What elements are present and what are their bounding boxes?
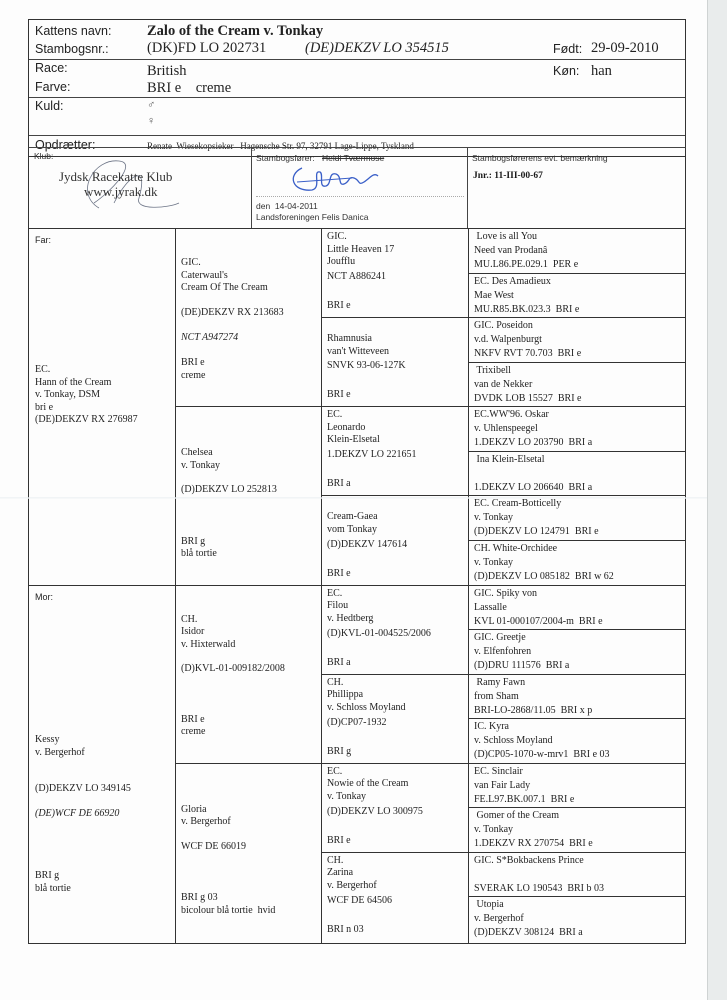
great-grandparent-cell: EC. Leonardo Klein-Elsetal1.DEKZV LO 221…	[321, 407, 468, 496]
great-grandparent-reg: 1.DEKZV LO 221651	[327, 449, 464, 462]
club-stamp-url: www.jyrak.dk	[84, 184, 158, 200]
great-grandparent-name: EC. Leonardo Klein-Elsetal	[327, 409, 464, 447]
grandparent-reg: WCF DE 66019	[181, 841, 317, 854]
ancestor-cell: Gomer of the Cream v. Tonkay 1.DEKZV RX …	[468, 808, 685, 853]
ancestor-cell: Utopia v. Bergerhof (D)DEKZV 308124 BRI …	[468, 897, 685, 942]
ancestor-cell: EC. Des Amadieux Mae West MU.R85.BK.023.…	[468, 274, 685, 319]
great-grandparent-name: EC. Filou v. Hedtberg	[327, 588, 464, 626]
great-grandparent-name: Rhamnusia van't Witteveen	[327, 333, 464, 358]
great-grandparent-cell: CH. Phillippa v. Schloss Moyland(D)CP07-…	[321, 675, 468, 764]
ancestor-cell: GIC. S*Bokbackens Prince SVERAK LO 19054…	[468, 853, 685, 898]
signature-line	[256, 196, 464, 197]
color-value: BRI e creme	[147, 80, 231, 97]
sire-label: Far:	[35, 234, 171, 247]
ancestor-details: Trixibell van de Nekker DVDK LOB 15527 B…	[474, 364, 681, 406]
dam-reg: (D)DEKZV LO 349145	[35, 783, 171, 796]
grandparent-cell: Gloria v. BergerhofWCF DE 66019BRI g 03 …	[175, 764, 321, 942]
ancestor-cell: CH. White-Orchidee v. Tonkay (D)DEKZV LO…	[468, 541, 685, 586]
ancestor-cell: Trixibell van de Nekker DVDK LOB 15527 B…	[468, 363, 685, 408]
great-grandparent-name: EC. Nowie of the Cream v. Tonkay	[327, 766, 464, 804]
organization-name: Landsforeningen Felis Danica	[256, 212, 368, 222]
great-grandparent-color: BRI e	[327, 300, 464, 313]
ancestor-cell: Ina Klein-Elsetal 1.DEKZV LO 206640 BRI …	[468, 452, 685, 497]
dam-label: Mor:	[35, 591, 171, 604]
great-grandparent-cell: EC. Filou v. Hedtberg(D)KVL-01-004525/20…	[321, 586, 468, 675]
parents-column: Far: EC. Hann of the Cream v. Tonkay, DS…	[29, 229, 175, 943]
remark-cell: Stambogsførerens evt. bemærkning Jnr.: 1…	[467, 148, 685, 228]
club-stamp-name: Jydsk Racekatte Klub	[59, 169, 172, 185]
born-date: 29-09-2010	[591, 40, 659, 57]
grandparent-name: GIC. Caterwaul's Cream Of The Cream	[181, 257, 317, 295]
great-great-grandparents-column: Love is all You Need van Prodanâ MU.L86.…	[468, 229, 685, 943]
great-grandparent-name: CH. Zarina v. Bergerhof	[327, 855, 464, 893]
great-grandparent-reg: NCT A886241	[327, 271, 464, 284]
grandparent-color: BRI e creme	[181, 357, 317, 382]
race-value: British	[147, 63, 186, 80]
great-grandparent-cell: GIC. Little Heaven 17 JouffluNCT A886241…	[321, 229, 468, 318]
ancestor-details: GIC. Greetje v. Elfenfohren (D)DRU 11157…	[474, 631, 681, 673]
grandparent-name: Gloria v. Bergerhof	[181, 804, 317, 829]
reg-label: Stambogsnr.:	[35, 42, 109, 56]
club-label: Klub:	[34, 151, 53, 161]
dam-cell: Mor: Kessy v. Bergerhof (D)DEKZV LO 3491…	[29, 586, 175, 943]
ancestor-cell: EC.WW'96. Oskar v. Uhlenspeegel 1.DEKZV …	[468, 407, 685, 452]
ancestor-details: Gomer of the Cream v. Tonkay 1.DEKZV RX …	[474, 809, 681, 851]
ancestor-details: EC. Cream-Botticelly v. Tonkay (D)DEKZV …	[474, 497, 681, 539]
ancestor-cell: IC. Kyra v. Schloss Moyland (D)CP05-1070…	[468, 719, 685, 764]
ancestor-details: IC. Kyra v. Schloss Moyland (D)CP05-1070…	[474, 720, 681, 762]
ancestor-details: EC. Sinclair van Fair Lady FE.L97.BK.007…	[474, 765, 681, 807]
reg-number-2: (DE)DEKZV LO 354515	[305, 40, 449, 57]
great-grandparent-color: BRI e	[327, 389, 464, 402]
ancestor-cell: GIC. Spiky von Lassalle KVL 01-000107/20…	[468, 586, 685, 631]
great-grandparent-color: BRI e	[327, 568, 464, 581]
club-section: Klub: Jydsk Racekatte Klub www.jyrak.dk …	[28, 147, 686, 228]
race-label: Race:	[35, 61, 68, 75]
great-grandparent-name: Cream-Gaea vom Tonkay	[327, 511, 464, 536]
ancestor-details: GIC. Spiky von Lassalle KVL 01-000107/20…	[474, 587, 681, 629]
pedigree-table: Far: EC. Hann of the Cream v. Tonkay, DS…	[28, 228, 686, 944]
ancestor-cell: Love is all You Need van Prodanâ MU.L86.…	[468, 229, 685, 274]
grandparent-reg: (D)DEKZV LO 252813	[181, 484, 317, 497]
ancestor-details: Love is all You Need van Prodanâ MU.L86.…	[474, 230, 681, 272]
grandparent-color: BRI g blå tortie	[181, 536, 317, 561]
ancestor-details: Ramy Fawn from Sham BRI-LO-2868/11.05 BR…	[474, 676, 681, 718]
grandparent-name: CH. Isidor v. Hixterwald	[181, 614, 317, 652]
color-label: Farve:	[35, 80, 70, 94]
grandparent-cell: GIC. Caterwaul's Cream Of The Cream(DE)D…	[175, 229, 321, 407]
pedigree-document: Kattens navn: Zalo of the Cream v. Tonka…	[0, 0, 707, 1000]
ancestor-cell: EC. Sinclair van Fair Lady FE.L97.BK.007…	[468, 764, 685, 809]
ancestor-details: Ina Klein-Elsetal 1.DEKZV LO 206640 BRI …	[474, 453, 681, 495]
sire-cell: Far: EC. Hann of the Cream v. Tonkay, DS…	[29, 229, 175, 586]
sire-details: EC. Hann of the Cream v. Tonkay, DSM bri…	[35, 364, 171, 427]
sex-label: Køn:	[553, 64, 579, 78]
great-grandparent-name: CH. Phillippa v. Schloss Moyland	[327, 677, 464, 715]
journal-number: Jnr.: 11-III-00-67	[473, 171, 543, 181]
cat-name: Zalo of the Cream v. Tonkay	[147, 23, 323, 40]
great-grandparent-cell: Rhamnusia van't WitteveenSNVK 93-06-127K…	[321, 318, 468, 407]
cat-name-label: Kattens navn:	[35, 24, 111, 38]
grandparent-cell: CH. Isidor v. Hixterwald(D)KVL-01-009182…	[175, 586, 321, 764]
grandparent-name: Chelsea v. Tonkay	[181, 447, 317, 472]
dam-color: BRI g blå tortie	[35, 870, 171, 895]
great-grandparent-color: BRI n 03	[327, 924, 464, 937]
great-grandparent-reg: SNVK 93-06-127K	[327, 360, 464, 373]
ancestor-details: EC. Des Amadieux Mae West MU.R85.BK.023.…	[474, 275, 681, 317]
great-grandparent-cell: CH. Zarina v. BergerhofWCF DE 64506BRI n…	[321, 853, 468, 942]
grandparent-reg: (DE)DEKZV RX 213683	[181, 307, 317, 320]
dam-reg-italic: (DE)WCF DE 66920	[35, 808, 171, 821]
race-row: Race: British Køn: han Farve: BRI e crem…	[29, 60, 685, 98]
litter-label: Kuld:	[35, 99, 64, 113]
ancestor-details: GIC. Poseidon v.d. Walpenburgt NKFV RVT …	[474, 319, 681, 361]
great-grandparent-color: BRI a	[327, 478, 464, 491]
ancestor-cell: EC. Cream-Botticelly v. Tonkay (D)DEKZV …	[468, 496, 685, 541]
great-grandparent-cell: Cream-Gaea vom Tonkay(D)DEKZV 147614BRI …	[321, 496, 468, 585]
signature-icon	[282, 160, 392, 196]
ancestor-details: GIC. S*Bokbackens Prince SVERAK LO 19054…	[474, 854, 681, 896]
signature-date: den 14-04-2011	[256, 201, 318, 211]
great-grandparent-cell: EC. Nowie of the Cream v. Tonkay(D)DEKZV…	[321, 764, 468, 853]
great-grandparents-column: GIC. Little Heaven 17 JouffluNCT A886241…	[321, 229, 468, 943]
great-grandparent-color: BRI e	[327, 835, 464, 848]
grandparent-color: BRI e creme	[181, 714, 317, 739]
great-grandparent-reg: (D)CP07-1932	[327, 717, 464, 730]
great-grandparent-reg: (D)DEKZV LO 300975	[327, 806, 464, 819]
club-cell: Klub: Jydsk Racekatte Klub www.jyrak.dk	[29, 148, 251, 228]
ancestor-details: CH. White-Orchidee v. Tonkay (D)DEKZV LO…	[474, 542, 681, 584]
great-grandparent-name: GIC. Little Heaven 17 Joufflu	[327, 231, 464, 269]
dam-name: Kessy v. Bergerhof	[35, 734, 171, 759]
female-symbol-icon: ♀	[147, 115, 155, 127]
reg-number-1: (DK)FD LO 202731	[147, 40, 266, 57]
great-grandparent-color: BRI a	[327, 657, 464, 670]
name-row: Kattens navn: Zalo of the Cream v. Tonka…	[29, 20, 685, 60]
registrar-cell: Stambogsfører: Heidi Tværmose den 14-04-…	[251, 148, 468, 228]
born-label: Født:	[553, 42, 582, 56]
grandparent-color: BRI g 03 bicolour blå tortie hvid	[181, 892, 317, 917]
great-grandparent-reg: WCF DE 64506	[327, 895, 464, 908]
ancestor-details: EC.WW'96. Oskar v. Uhlenspeegel 1.DEKZV …	[474, 408, 681, 450]
sex-value: han	[591, 63, 612, 80]
paper-fold-crease	[0, 497, 707, 499]
ancestor-cell: Ramy Fawn from Sham BRI-LO-2868/11.05 BR…	[468, 675, 685, 720]
ancestor-cell: GIC. Poseidon v.d. Walpenburgt NKFV RVT …	[468, 318, 685, 363]
ancestor-cell: GIC. Greetje v. Elfenfohren (D)DRU 11157…	[468, 630, 685, 675]
grandparents-column: GIC. Caterwaul's Cream Of The Cream(DE)D…	[175, 229, 321, 943]
litter-row: Kuld: ♂ ♀	[29, 98, 685, 136]
male-symbol-icon: ♂	[147, 99, 155, 111]
grandparent-reg-alt: NCT A947274	[181, 332, 317, 345]
great-grandparent-reg: (D)DEKZV 147614	[327, 539, 464, 552]
great-grandparent-reg: (D)KVL-01-004525/2006	[327, 628, 464, 641]
remark-label: Stambogsførerens evt. bemærkning	[472, 153, 608, 163]
ancestor-details: Utopia v. Bergerhof (D)DEKZV 308124 BRI …	[474, 898, 681, 940]
cat-info-header: Kattens navn: Zalo of the Cream v. Tonka…	[28, 19, 686, 157]
great-grandparent-color: BRI g	[327, 746, 464, 759]
grandparent-reg: (D)KVL-01-009182/2008	[181, 663, 317, 676]
